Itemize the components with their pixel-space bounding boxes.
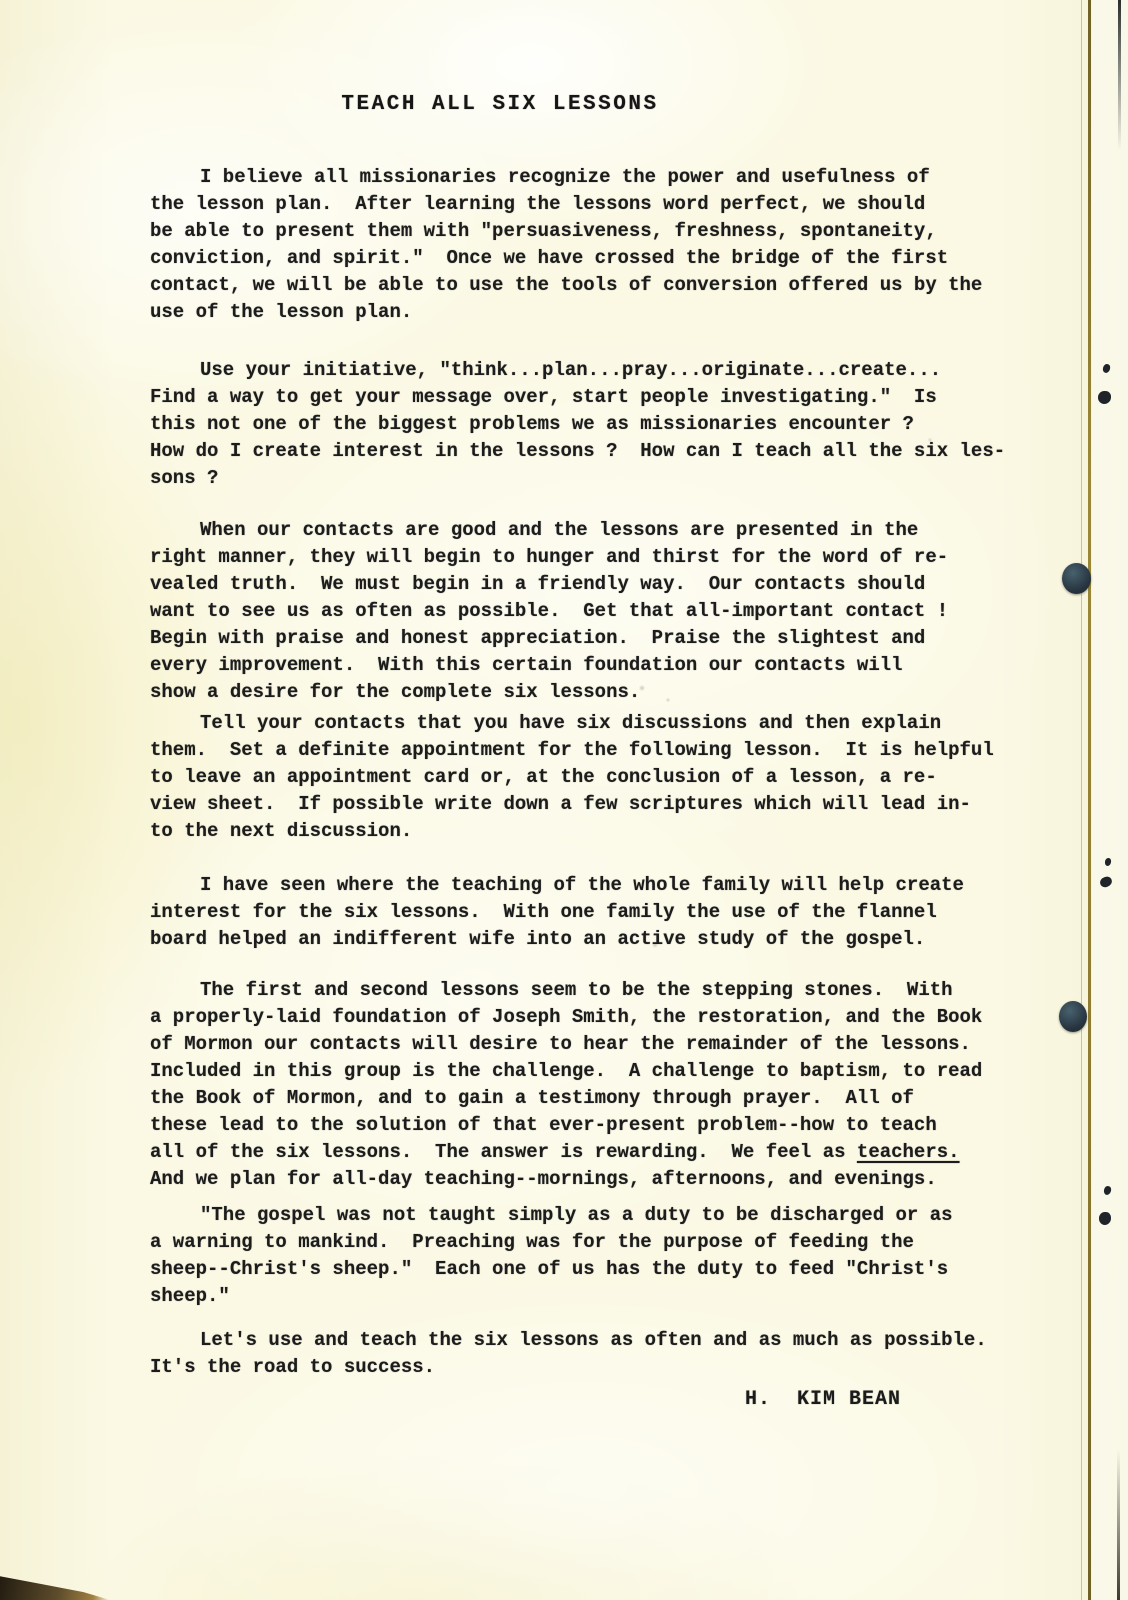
paragraph-3-text: When our contacts are good and the lesso…: [150, 519, 948, 703]
paragraph-4-text: Tell your contacts that you have six dis…: [150, 712, 994, 842]
paragraph-6-underlined-word: teachers.: [857, 1141, 960, 1163]
paragraph-1-text: I believe all missionaries recognize the…: [150, 166, 982, 323]
document-title: TEACH ALL SIX LESSONS: [150, 92, 850, 118]
page-edge-strip: [1092, 0, 1128, 1600]
scanned-document-page: TEACH ALL SIX LESSONS I believe all miss…: [0, 0, 1128, 1600]
paragraph-4: Tell your contacts that you have six dis…: [150, 710, 1012, 845]
author-signature: H. KIM BEAN: [745, 1388, 901, 1412]
paragraph-3: When our contacts are good and the lesso…: [150, 517, 1012, 706]
paragraph-7-text: "The gospel was not taught simply as a d…: [150, 1204, 953, 1307]
paragraph-5-text: I have seen where the teaching of the wh…: [150, 874, 964, 950]
binder-dot-lower: [1059, 1001, 1087, 1032]
paragraph-2: Use your initiative, "think...plan...pra…: [150, 357, 1012, 492]
paragraph-6-text: The first and second lessons seem to be …: [150, 979, 982, 1163]
paragraph-5: I have seen where the teaching of the wh…: [150, 872, 1012, 953]
page-crease-line: [1081, 0, 1082, 1600]
paragraph-2-text: Use your initiative, "think...plan...pra…: [150, 359, 1005, 489]
paragraph-7: "The gospel was not taught simply as a d…: [150, 1202, 1012, 1310]
binding-edge-line: [1088, 0, 1091, 1600]
document-title-text: TEACH ALL SIX LESSONS: [341, 93, 658, 116]
paragraph-1: I believe all missionaries recognize the…: [150, 164, 1012, 326]
binder-dot-upper: [1062, 563, 1091, 594]
scan-edge-shadow-bottom: [1117, 1450, 1120, 1600]
paragraph-8: Let's use and teach the six lessons as o…: [150, 1327, 1012, 1381]
paragraph-8-text: Let's use and teach the six lessons as o…: [150, 1329, 987, 1378]
paragraph-6-text-continued: And we plan for all-day teaching--mornin…: [150, 1168, 937, 1190]
paragraph-6: The first and second lessons seem to be …: [150, 977, 1012, 1193]
scan-edge-shadow-top: [1118, 0, 1121, 150]
corner-shadow: [0, 1567, 110, 1600]
